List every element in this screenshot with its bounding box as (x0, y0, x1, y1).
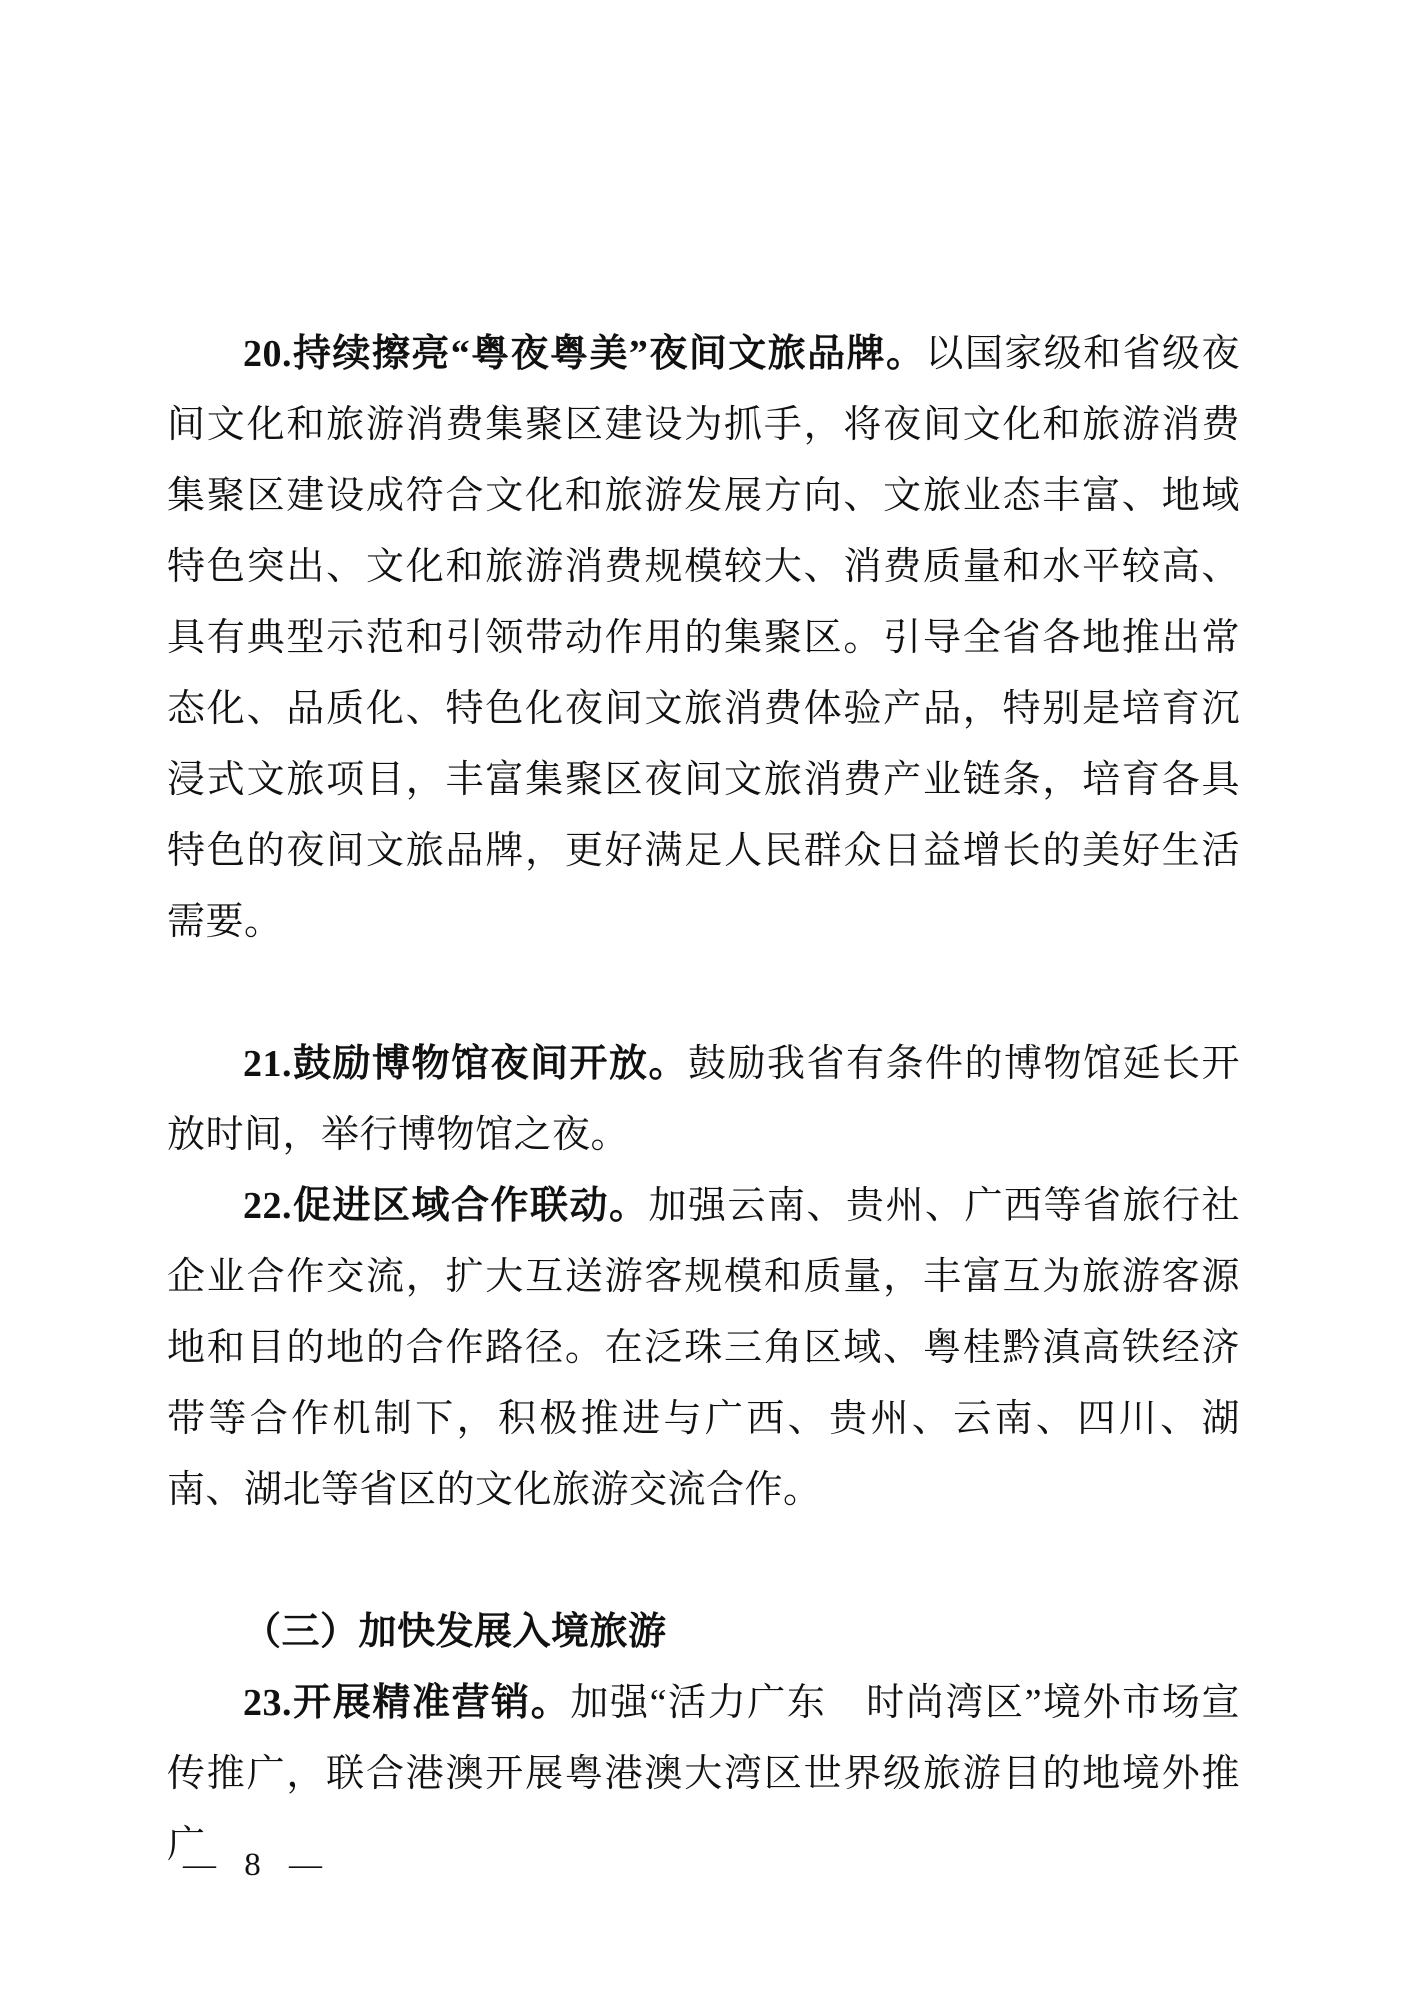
section-heading: （三）加快发展入境旅游 (167, 1597, 1240, 1668)
paragraph-21: 21.鼓励博物馆夜间开放。鼓励我省有条件的博物馆延长开放时间，举行博物馆之夜。 (167, 1029, 1240, 1171)
page-number: — 8 — (183, 1843, 332, 1887)
paragraph-20-lead: 20.持续擦亮“粤夜粤美”夜间文旅品牌。 (243, 333, 925, 375)
document-page: 20.持续擦亮“粤夜粤美”夜间文旅品牌。以国家级和省级夜间文化和旅游消费集聚区建… (0, 0, 1407, 2000)
paragraph-20: 20.持续擦亮“粤夜粤美”夜间文旅品牌。以国家级和省级夜间文化和旅游消费集聚区建… (167, 319, 1240, 958)
paragraph-22-text: 加强云南、贵州、广西等省旅行社企业合作交流，扩大互送游客规模和质量，丰富互为旅游… (167, 1185, 1240, 1511)
paragraph-20-text: 以国家级和省级夜间文化和旅游消费集聚区建设为抓手，将夜间文化和旅游消费集聚区建设… (167, 333, 1240, 943)
paragraph-22: 22.促进区域合作联动。加强云南、贵州、广西等省旅行社企业合作交流，扩大互送游客… (167, 1171, 1240, 1526)
paragraph-21-lead: 21.鼓励博物馆夜间开放。 (243, 1043, 688, 1085)
paragraph-22-lead: 22.促进区域合作联动。 (243, 1185, 649, 1227)
document-body: 20.持续擦亮“粤夜粤美”夜间文旅品牌。以国家级和省级夜间文化和旅游消费集聚区建… (167, 319, 1240, 1881)
paragraph-23-lead: 23.开展精准营销。 (243, 1682, 570, 1724)
